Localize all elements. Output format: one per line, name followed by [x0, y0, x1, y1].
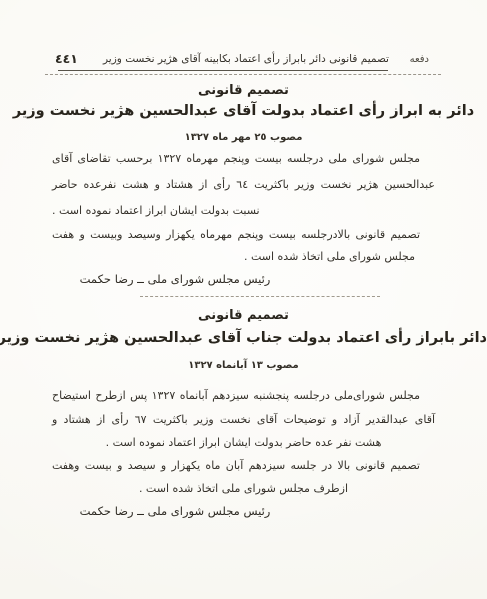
scanned-document-page: دفعه تصمیم قانونی دائر بابراز رأی اعتماد…: [0, 0, 487, 599]
header-running-title: تصمیم قانونی دائر بابراز رأی اعتماد بکاب…: [100, 53, 392, 65]
body-line: ازطرف مجلس شورای ملی اتخاذ شده است .: [52, 481, 435, 497]
decision-subtitle: دائر بابراز رأی اعتماد بدولت جناب آقای ع…: [0, 330, 487, 346]
body-line: تصمیم قانونی بالادرجلسه بیست وپنجم مهرما…: [52, 227, 435, 243]
decision-title: تصمیم قانونی: [0, 83, 487, 98]
decision-title: تصمیم قانونی: [0, 308, 487, 323]
decision-subtitle: دائر به ابراز رأی اعتماد بدولت آقای عبدا…: [0, 103, 487, 119]
header-rule-dashed: [45, 74, 441, 75]
header-page-number: ٤٤١: [55, 51, 78, 66]
signature-line: رئیس مجلس شورای ملی ــ رضا حکمت: [70, 504, 280, 518]
approval-date: مصوب ٢٥ مهر ماه ١٣٢٧: [0, 132, 487, 143]
body-line: مجلس شورای‌ملی درجلسه پنجشنبه سیزدهم آبا…: [52, 388, 435, 404]
signature-line: رئیس مجلس شورای ملی ــ رضا حکمت: [70, 272, 280, 286]
header-section-label: دفعه: [410, 54, 429, 65]
body-line: نسبت بدولت ایشان ابراز اعتماد نموده است …: [52, 203, 435, 219]
body-line: عبدالحسین هژیر نخست وزیر باکثریت ٦٤ رأی …: [52, 177, 435, 193]
body-line: هشت نفر عده حاضر بدولت ایشان ابراز اعتما…: [52, 435, 435, 451]
body-line: آقای عبدالقدیر آزاد و توضیحات آقای نخست …: [52, 412, 435, 428]
body-line: تصمیم قانونی بالا در جلسه سیزدهم آبان ما…: [52, 458, 435, 474]
body-line: مجلس شورای ملی اتخاذ شده است .: [52, 249, 435, 265]
header-rule: [58, 70, 388, 71]
section-divider: [140, 296, 380, 297]
body-line: مجلس شورای ملی درجلسه بیست وپنجم مهرماه …: [52, 151, 435, 167]
approval-date: مصوب ١٣ آبانماه ١٣٢٧: [0, 360, 487, 371]
